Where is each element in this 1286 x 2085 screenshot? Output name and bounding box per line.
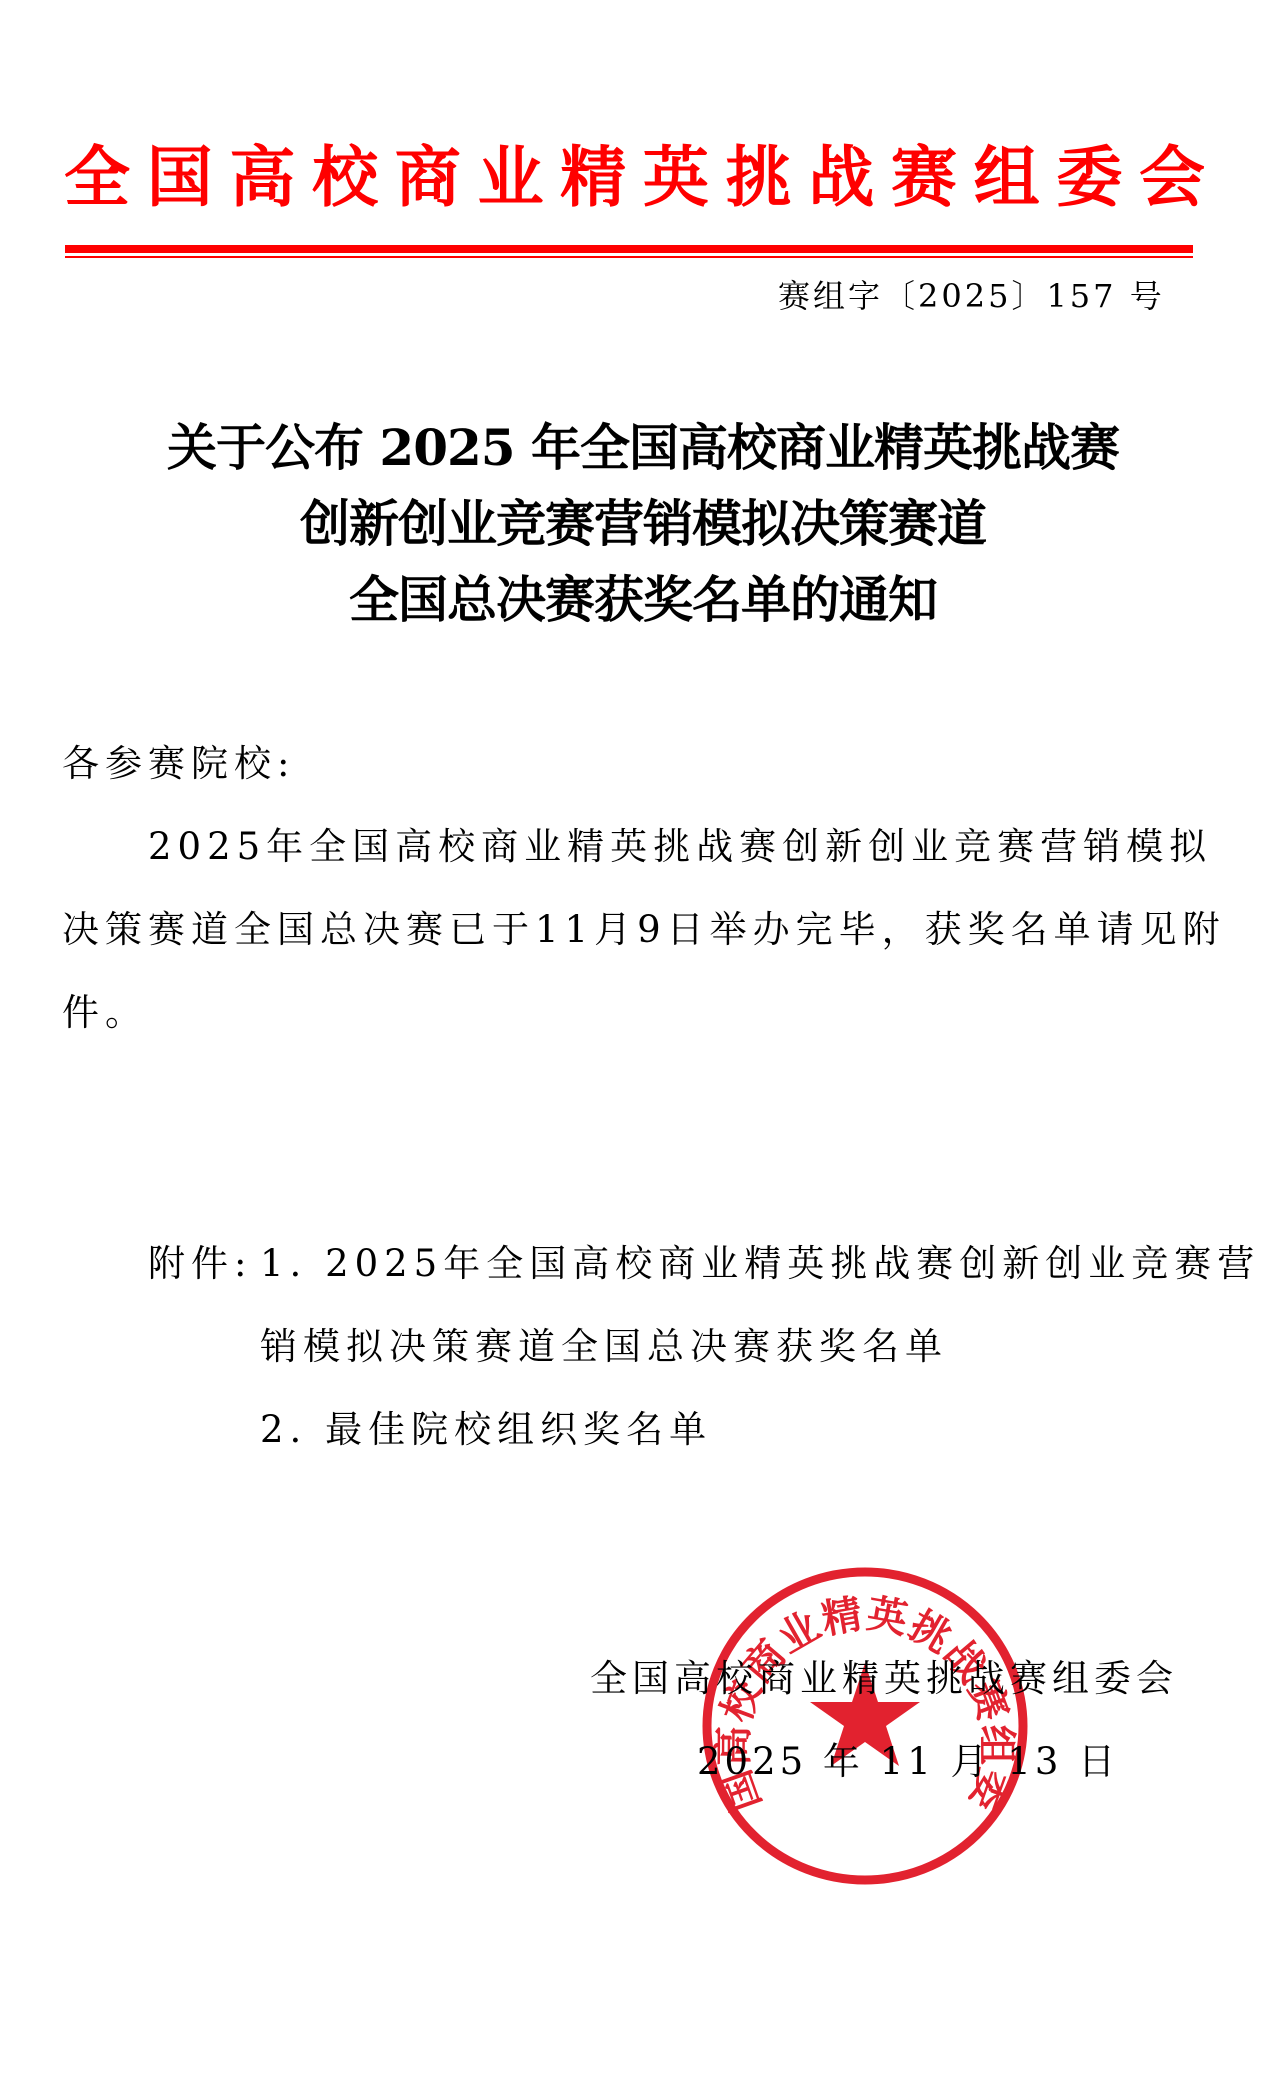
signature-org: 全国高校商业精英挑战赛组委会 (590, 1655, 1178, 1703)
letterhead-divider-thick (65, 245, 1193, 253)
salutation: 各参赛院校: (62, 742, 295, 786)
signature-date: 2025 年 11 月 13 日 (697, 1738, 1119, 1786)
title-line-1: 关于公布 2025 年全国高校商业精英挑战赛 (0, 418, 1286, 478)
document-number: 赛组字〔2025〕157 号 (778, 274, 1165, 318)
attachment-item-2: 2. 最佳院校组织奖名单 (260, 1408, 712, 1452)
letterhead-char: 业 (475, 136, 545, 220)
letterhead-char: 校 (310, 136, 380, 220)
letterhead-char: 挑 (724, 136, 794, 220)
attachment-item-1-line-1: 1. 2025年全国高校商业精英挑战赛创新创业竞赛营 (260, 1242, 1260, 1286)
letterhead-char: 委 (1054, 136, 1124, 220)
title-line-2: 创新创业竞赛营销模拟决策赛道 (0, 494, 1286, 554)
letterhead-char: 组 (972, 136, 1042, 220)
letterhead-char: 会 (1137, 136, 1207, 220)
attachment-item-1-line-2: 销模拟决策赛道全国总决赛获奖名单 (260, 1325, 948, 1369)
paragraph-line-3: 件。 (62, 991, 148, 1035)
letterhead-char: 赛 (889, 136, 959, 220)
title-line-3: 全国总决赛获奖名单的通知 (0, 570, 1286, 630)
letterhead-char: 全 (62, 136, 132, 220)
paragraph-line-2: 决策赛道全国总决赛已于11月9日举办完毕，获奖名单请见附 (62, 908, 1226, 952)
letterhead-char: 精 (558, 136, 628, 220)
letterhead-char: 高 (227, 136, 297, 220)
letterhead-char: 英 (641, 136, 711, 220)
letterhead-char: 战 (806, 136, 876, 220)
letterhead-char: 国 (145, 136, 215, 220)
paragraph-line-1: 2025年全国高校商业精英挑战赛创新创业竞赛营销模拟 (148, 825, 1212, 869)
letterhead-org-name: 全 国 高 校 商 业 精 英 挑 战 赛 组 委 会 (62, 136, 1207, 220)
letterhead-char: 商 (393, 136, 463, 220)
attachments-label: 附件: (148, 1242, 252, 1286)
official-seal: 全国高校商业精英挑战赛组委会 (700, 1565, 1030, 1887)
letterhead-divider-thin (65, 256, 1193, 258)
